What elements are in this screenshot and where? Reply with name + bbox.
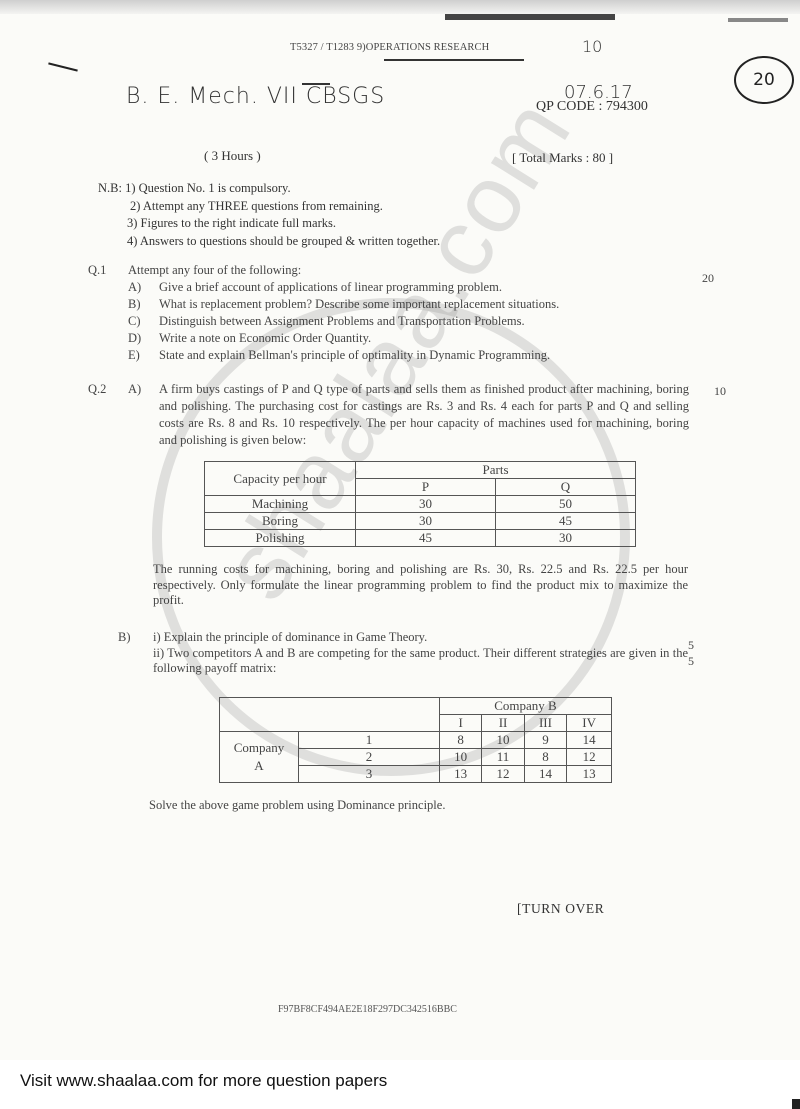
handwritten-dash <box>48 62 78 71</box>
handwritten-course: B. E. Mech. VII CBSGS <box>126 84 385 109</box>
question-marks: 10 <box>714 383 726 400</box>
matrix-column-group: Company B <box>439 698 611 715</box>
instruction-item: 4) Answers to questions should be groupe… <box>98 233 440 251</box>
paper-hash-code: F97BF8CF494AE2E18F297DC342516BBC <box>278 1004 457 1015</box>
question-part: E)State and explain Bellman's principle … <box>128 347 728 364</box>
question-2a-followup: The running costs for machining, boring … <box>153 562 688 609</box>
exam-page: shaalaa.com T5327 / T1283 9)OPERATIONS R… <box>0 0 800 1060</box>
footer-link-text[interactable]: Visit www.shaalaa.com for more question … <box>20 1071 387 1091</box>
nb-label: N.B: <box>98 181 122 195</box>
question-part: A)Give a brief account of applications o… <box>128 279 728 296</box>
question-number: Q.2 <box>88 381 128 449</box>
question-prompt: Attempt any four of the following: <box>128 262 301 279</box>
question-marks: 20 <box>702 270 714 287</box>
question-1-header: Q.1 Attempt any four of the following: 2… <box>88 262 728 279</box>
scan-tag <box>728 18 788 22</box>
capacity-table: Capacity per hour Parts P Q Machining 30… <box>204 461 636 547</box>
question-marks: 5 <box>688 638 694 654</box>
turn-over: [TURN OVER <box>517 901 604 917</box>
question-2b: B) i) Explain the principle of dominance… <box>118 630 728 677</box>
question-1: Q.1 Attempt any four of the following: 2… <box>88 262 728 364</box>
scan-mark <box>445 14 615 20</box>
question-marks: 5 <box>688 654 694 670</box>
table-column-header: P <box>356 479 496 496</box>
table-row: Boring 30 45 <box>205 513 636 530</box>
circled-marks: 20 <box>734 56 794 104</box>
question-text: A firm buys castings of P and Q type of … <box>159 381 689 449</box>
table-group-header: Parts <box>356 462 636 479</box>
instructions: N.B: 1) Question No. 1 is compulsory. 2)… <box>98 180 440 250</box>
matrix-row-group: Company A <box>220 732 299 783</box>
table-row: Machining 30 50 <box>205 496 636 513</box>
table-corner-header: Capacity per hour <box>205 462 356 496</box>
matrix-column-header: I <box>439 715 481 732</box>
table-column-header: Q <box>496 479 636 496</box>
paper-title: T5327 / T1283 9)OPERATIONS RESEARCH <box>290 42 489 53</box>
instruction-item: 2) Attempt any THREE questions from rema… <box>98 198 440 216</box>
qp-code: QP CODE : 794300 <box>536 99 648 115</box>
question-1-parts: A)Give a brief account of applications o… <box>88 279 728 364</box>
handwritten-underline <box>302 83 330 85</box>
total-marks: [ Total Marks : 80 ] <box>512 150 613 166</box>
question-part: B)What is replacement problem? Describe … <box>128 296 728 313</box>
duration: ( 3 Hours ) <box>204 148 261 164</box>
title-underline <box>384 59 524 61</box>
question-number: Q.1 <box>88 262 128 279</box>
question-2a: Q.2 A) A firm buys castings of P and Q t… <box>88 381 718 449</box>
scan-edge <box>0 0 800 14</box>
payoff-matrix: Company B I II III IV Company A 1 8 10 9… <box>219 697 612 783</box>
matrix-column-header: III <box>524 715 566 732</box>
matrix-column-header: II <box>482 715 524 732</box>
part-label: B) <box>118 630 153 677</box>
instruction-item: N.B: 1) Question No. 1 is compulsory. <box>98 180 440 198</box>
instruction-item: 3) Figures to the right indicate full ma… <box>98 215 440 233</box>
question-part: C)Distinguish between Assignment Problem… <box>128 313 728 330</box>
table-row: Polishing 45 30 <box>205 530 636 547</box>
handwritten-number: 10 <box>582 37 602 56</box>
question-2b-closing: Solve the above game problem using Domin… <box>149 798 445 813</box>
corner-mark <box>792 1099 800 1109</box>
question-text: i) Explain the principle of dominance in… <box>153 630 688 646</box>
matrix-corner <box>220 698 440 732</box>
part-label: A) <box>128 381 159 449</box>
footer-banner: Visit www.shaalaa.com for more question … <box>0 1060 800 1109</box>
matrix-column-header: IV <box>567 715 612 732</box>
question-text: ii) Two competitors A and B are competin… <box>153 646 688 677</box>
circled-marks-value: 20 <box>753 70 775 90</box>
question-part: D)Write a note on Economic Order Quantit… <box>128 330 728 347</box>
table-row: Company A 1 8 10 9 14 <box>220 732 612 749</box>
